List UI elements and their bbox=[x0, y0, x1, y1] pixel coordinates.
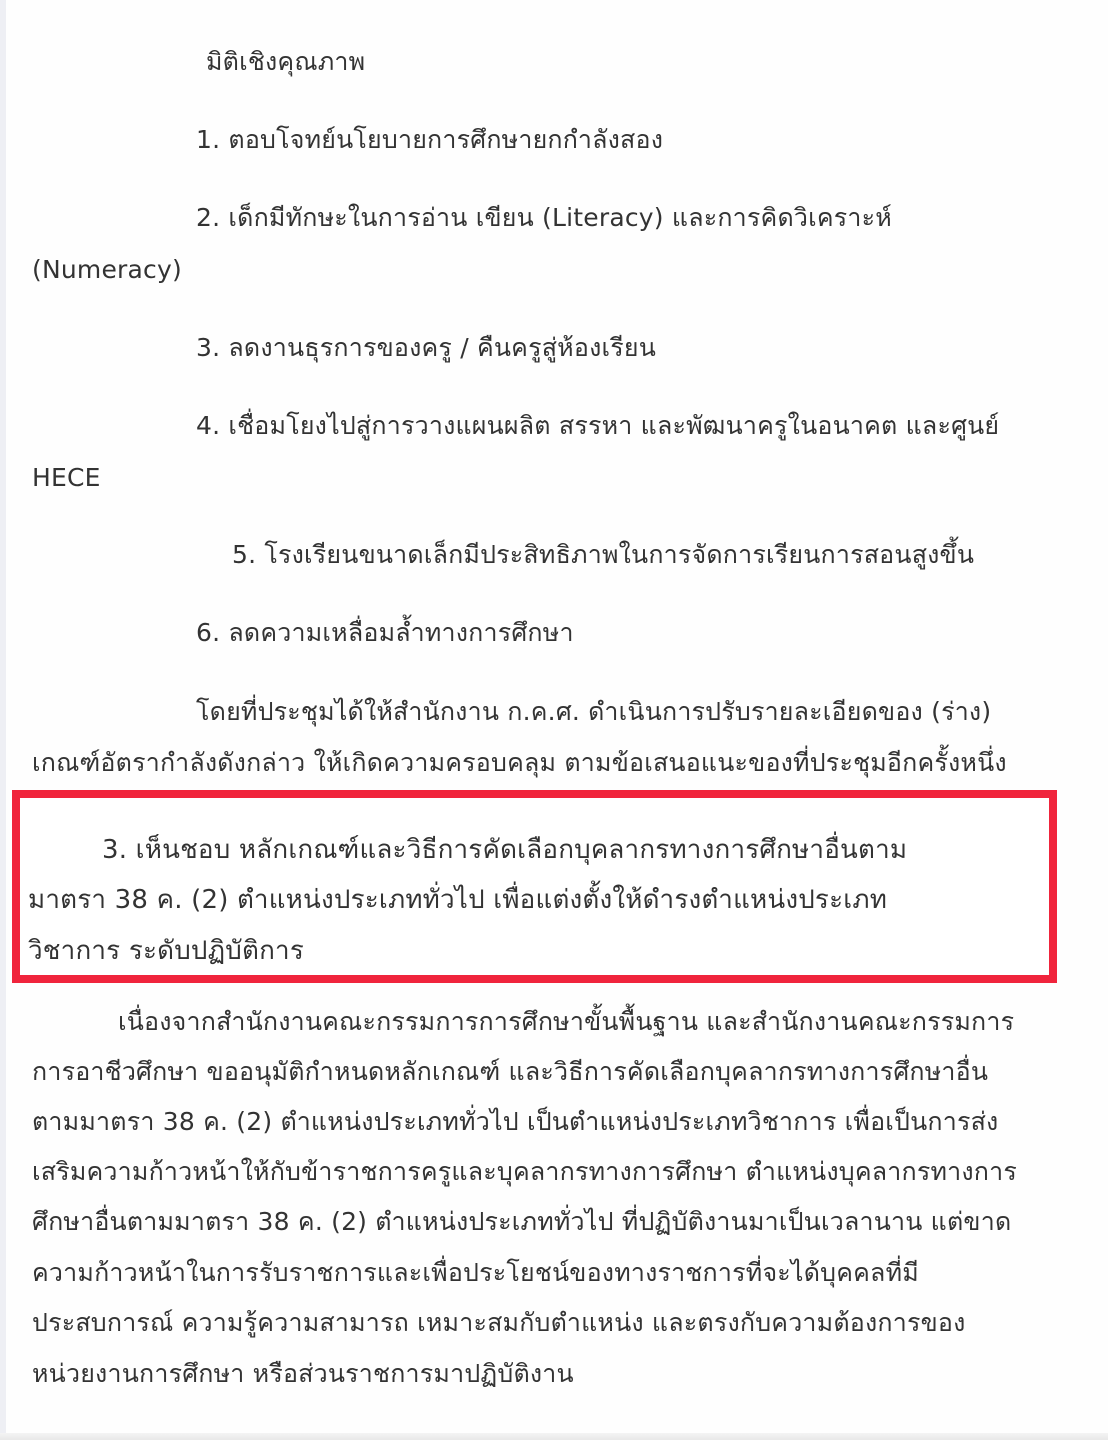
quality-item-3: 3. ลดงานธุรการของครู / คืนครูสู่ห้องเรีย… bbox=[196, 331, 656, 365]
resolution-line-2: มาตรา 38 ค. (2) ตำแหน่งประเภททั่วไป เพื่… bbox=[28, 883, 887, 917]
highlighted-resolution-box: 3. เห็นชอบ หลักเกณฑ์และวิธีการคัดเลือกบุ… bbox=[12, 790, 1057, 983]
body-line-2: การอาชีวศึกษา ขออนุมัติกำหนดหลักเกณฑ์ แล… bbox=[32, 1055, 988, 1089]
quality-item-1: 1. ตอบโจทย์นโยบายการศึกษายกกำลังสอง bbox=[196, 123, 663, 157]
quality-item-2-continued: (Numeracy) bbox=[32, 253, 182, 287]
body-line-1: เนื่องจากสำนักงานคณะกรรมการการศึกษาขั้นพ… bbox=[118, 1005, 1014, 1039]
resolution-line-1: 3. เห็นชอบ หลักเกณฑ์และวิธีการคัดเลือกบุ… bbox=[102, 833, 907, 867]
page-bottom-edge bbox=[0, 1433, 1108, 1440]
section-title: มิติเชิงคุณภาพ bbox=[206, 45, 365, 79]
left-edge-strip bbox=[0, 0, 6, 1440]
meeting-note-line-2: เกณฑ์อัตรากำลังดังกล่าว ให้เกิดความครอบค… bbox=[32, 746, 1007, 780]
quality-item-5: 5. โรงเรียนขนาดเล็กมีประสิทธิภาพในการจัด… bbox=[232, 538, 974, 572]
quality-item-6: 6. ลดความเหลื่อมล้ำทางการศึกษา bbox=[196, 616, 574, 650]
body-line-5: ศึกษาอื่นตามมาตรา 38 ค. (2) ตำแหน่งประเภ… bbox=[32, 1205, 1011, 1239]
quality-item-4: 4. เชื่อมโยงไปสู่การวางแผนผลิต สรรหา และ… bbox=[196, 409, 999, 443]
quality-item-4-continued: HECE bbox=[32, 461, 101, 495]
body-line-7: ประสบการณ์ ความรู้ความสามารถ เหมาะสมกับต… bbox=[32, 1306, 966, 1340]
meeting-note-line-1: โดยที่ประชุมได้ให้สำนักงาน ก.ค.ศ. ดำเนิน… bbox=[196, 695, 991, 729]
body-line-4: เสริมความก้าวหน้าให้กับข้าราชการครูและบุ… bbox=[32, 1155, 1017, 1189]
resolution-line-3: วิชาการ ระดับปฏิบัติการ bbox=[28, 934, 304, 968]
quality-item-2: 2. เด็กมีทักษะในการอ่าน เขียน (Literacy)… bbox=[196, 201, 892, 235]
body-line-3: ตามมาตรา 38 ค. (2) ตำแหน่งประเภททั่วไป เ… bbox=[32, 1105, 998, 1139]
body-line-8: หน่วยงานการศึกษา หรือส่วนราชการมาปฏิบัติ… bbox=[32, 1357, 574, 1391]
body-line-6: ความก้าวหน้าในการรับราชการและเพื่อประโยช… bbox=[32, 1256, 919, 1290]
